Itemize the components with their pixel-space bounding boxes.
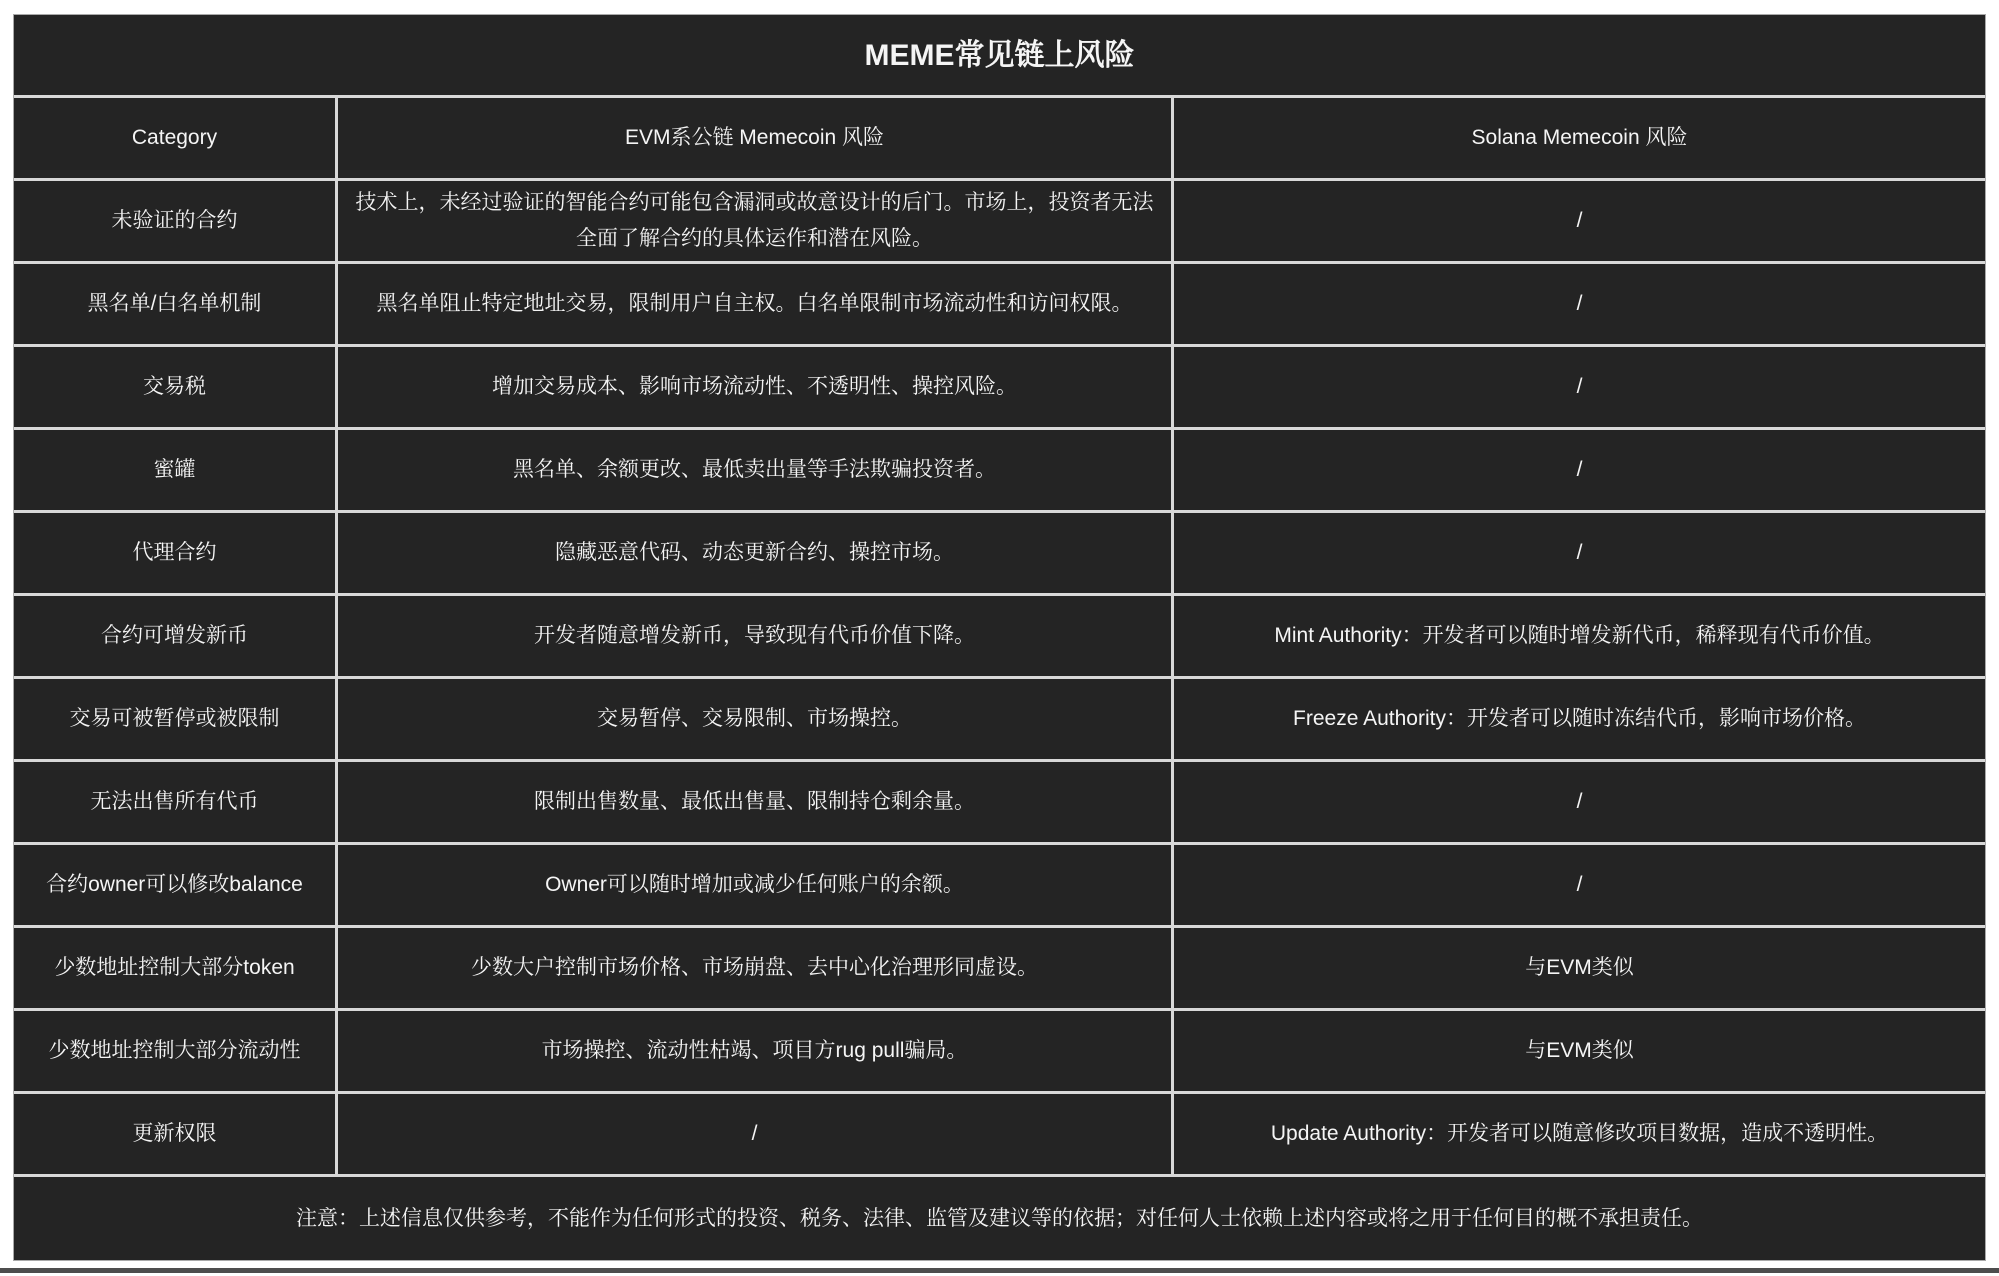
column-header-category: Category [14, 98, 335, 178]
solana-risk-cell: Freeze Authority：开发者可以随时冻结代币，影响市场价格。 [1174, 679, 1985, 759]
evm-risk-cell: 黑名单、余额更改、最低卖出量等手法欺骗投资者。 [338, 430, 1171, 510]
solana-risk-cell: / [1174, 430, 1985, 510]
category-cell: 未验证的合约 [14, 181, 335, 261]
category-cell: 少数地址控制大部分token [14, 928, 335, 1008]
category-cell: 黑名单/白名单机制 [14, 264, 335, 344]
category-cell: 蜜罐 [14, 430, 335, 510]
column-header-evm-risk: EVM系公链 Memecoin 风险 [338, 98, 1171, 178]
evm-risk-cell: 交易暂停、交易限制、市场操控。 [338, 679, 1171, 759]
category-cell: 无法出售所有代币 [14, 762, 335, 842]
solana-risk-cell: / [1174, 762, 1985, 842]
solana-risk-cell: / [1174, 264, 1985, 344]
evm-risk-cell: Owner可以随时增加或减少任何账户的余额。 [338, 845, 1171, 925]
solana-risk-cell: / [1174, 845, 1985, 925]
solana-risk-cell: Update Authority：开发者可以随意修改项目数据，造成不透明性。 [1174, 1094, 1985, 1174]
solana-risk-cell: Mint Authority：开发者可以随时增发新代币，稀释现有代币价值。 [1174, 596, 1985, 676]
page: MEME常见链上风险 Category EVM系公链 Memecoin 风险 S… [0, 0, 1999, 1276]
category-cell: 合约owner可以修改balance [14, 845, 335, 925]
evm-risk-cell: 技术上，未经过验证的智能合约可能包含漏洞或故意设计的后门。市场上，投资者无法全面… [338, 181, 1171, 261]
category-cell: 交易可被暂停或被限制 [14, 679, 335, 759]
solana-risk-cell: / [1174, 347, 1985, 427]
evm-risk-cell: / [338, 1094, 1171, 1174]
evm-risk-cell: 隐藏恶意代码、动态更新合约、操控市场。 [338, 513, 1171, 593]
table-title: MEME常见链上风险 [14, 15, 1985, 95]
evm-risk-cell: 市场操控、流动性枯竭、项目方rug pull骗局。 [338, 1011, 1171, 1091]
column-header-solana-risk: Solana Memecoin 风险 [1174, 98, 1985, 178]
category-cell: 代理合约 [14, 513, 335, 593]
solana-risk-cell: / [1174, 181, 1985, 261]
category-cell: 交易税 [14, 347, 335, 427]
evm-risk-cell: 限制出售数量、最低出售量、限制持仓剩余量。 [338, 762, 1171, 842]
window-bottom-divider [0, 1268, 1999, 1273]
evm-risk-cell: 开发者随意增发新币，导致现有代币价值下降。 [338, 596, 1171, 676]
evm-risk-cell: 增加交易成本、影响市场流动性、不透明性、操控风险。 [338, 347, 1171, 427]
evm-risk-cell: 黑名单阻止特定地址交易，限制用户自主权。白名单限制市场流动性和访问权限。 [338, 264, 1171, 344]
disclaimer-note: 注意：上述信息仅供参考，不能作为任何形式的投资、税务、法律、监管及建议等的依据；… [14, 1177, 1985, 1260]
category-cell: 合约可增发新币 [14, 596, 335, 676]
category-cell: 少数地址控制大部分流动性 [14, 1011, 335, 1091]
solana-risk-cell: / [1174, 513, 1985, 593]
meme-risk-table: MEME常见链上风险 Category EVM系公链 Memecoin 风险 S… [13, 14, 1986, 1261]
evm-risk-cell: 少数大户控制市场价格、市场崩盘、去中心化治理形同虚设。 [338, 928, 1171, 1008]
solana-risk-cell: 与EVM类似 [1174, 928, 1985, 1008]
solana-risk-cell: 与EVM类似 [1174, 1011, 1985, 1091]
category-cell: 更新权限 [14, 1094, 335, 1174]
